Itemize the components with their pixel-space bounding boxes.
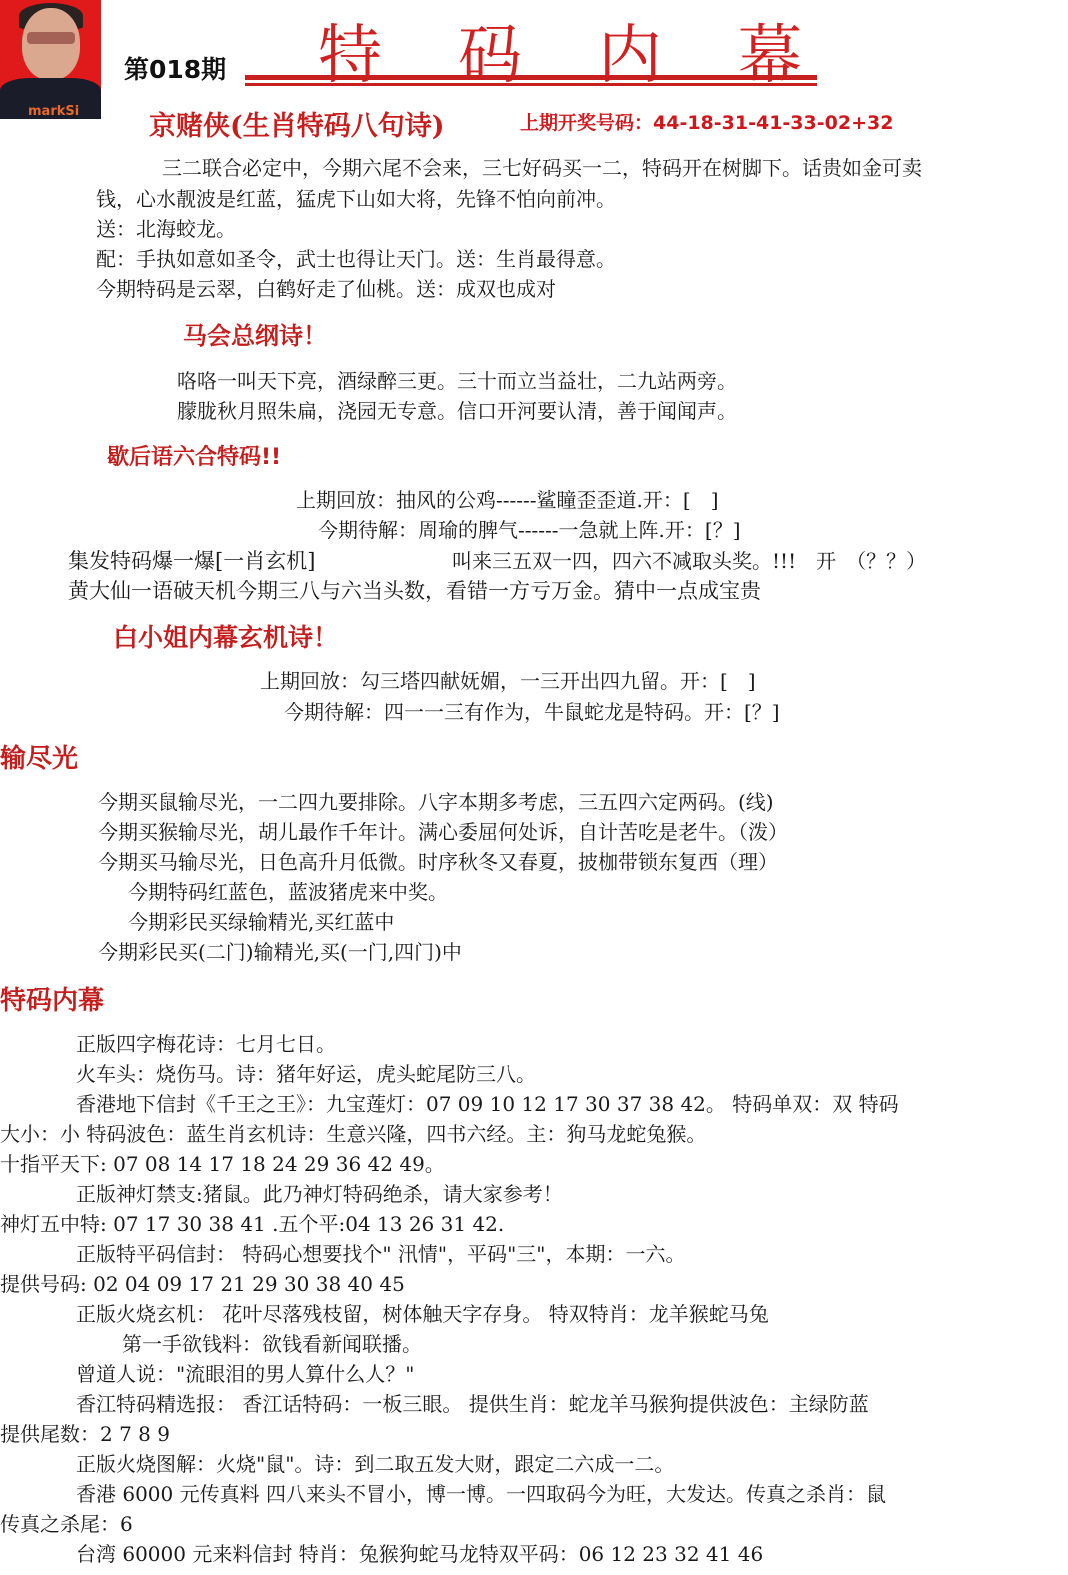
avatar-glasses: [27, 32, 75, 44]
last-draw-numbers: 上期开奖号码：44-18-31-41-33-02+32: [520, 108, 893, 135]
shujinguang-line: 今期彩民买(二门)输精光,买(一门,四门)中: [98, 936, 462, 965]
title-underline-thin: [245, 83, 817, 86]
tema-line: 大小：小 特码波色：蓝生肖玄机诗：生意兴隆，四书六经。主：狗马龙蛇兔猴。: [0, 1118, 706, 1147]
tema-line: 传真之杀尾：6: [0, 1508, 133, 1537]
poem-line: 朦胧秋月照朱扁，浇园无专意。信口开河要认清，善于闻闻声。: [177, 395, 737, 424]
tema-line: 正版四字梅花诗：七月七日。: [76, 1028, 336, 1057]
shujinguang-line: 今期彩民买绿输精光,买红蓝中: [128, 906, 394, 935]
last-review-line: 上期回放：抽风的公鸡------鲨瞳歪歪道.开：[ ]: [296, 484, 719, 513]
issue-number: 第018期: [124, 50, 226, 86]
tema-line: 正版特平码信封： 特码心想要找个" 汛情"，平码"三"，本期：一六。: [76, 1238, 686, 1267]
tema-line: 正版火烧玄机： 花叶尽落残枝留，树体触天字存身。 特双特肖：龙羊猴蛇马兔: [76, 1298, 769, 1327]
this-issue-line: 今期待解：周瑜的脾气------一急就上阵.开：[？]: [318, 514, 741, 543]
poem-line: 配：手执如意如圣令，武士也得让天门。送：生肖最得意。: [96, 243, 616, 272]
shujinguang-line: 今期特码红蓝色，蓝波猪虎来中奖。: [128, 876, 448, 905]
poem-line: 三二联合必定中，今期六尾不会来，三七好码买一二，特码开在树脚下。话贵如金可卖: [162, 152, 922, 181]
shujinguang-line: 今期买猴输尽光，胡儿最作千年计。满心委屈何处诉，自计苦吃是老牛。（泼）: [98, 816, 788, 845]
tema-line: 提供尾数：2 7 8 9: [0, 1418, 170, 1447]
jifa-label: 集发特码爆一爆[一肖玄机]: [68, 545, 315, 575]
last-review-line: 上期回放：勾三塔四献妩媚，一三开出四九留。开：[ ]: [260, 665, 756, 694]
avatar: markSi: [0, 0, 101, 119]
this-issue-line: 今期待解：四一一三有作为，牛鼠蛇龙是特码。开：[？]: [284, 696, 780, 725]
tema-line: 台湾 60000 元来料信封 特肖：兔猴狗蛇马龙特双平码：06 12 23 32…: [76, 1538, 763, 1567]
avatar-brand: markSi: [28, 104, 79, 119]
poem-line: 钱，心水靓波是红蓝，猛虎下山如大将，先锋不怕向前冲。: [96, 183, 616, 212]
tema-line: 香江特码精选报： 香江话特码：一板三眼。 提供生肖：蛇龙羊马猴狗提供波色：主绿防…: [76, 1388, 869, 1417]
tema-line: 十指平天下: 07 08 14 17 18 24 29 36 42 49。: [0, 1148, 445, 1177]
section-heading-shujinguang: 输尽光: [0, 738, 78, 775]
tema-line: 火车头：烧伤马。诗：猪年好运，虎头蛇尾防三八。: [76, 1058, 536, 1087]
tema-line: 正版神灯禁支:猪鼠。此乃神灯特码绝杀，请大家参考！: [76, 1178, 563, 1207]
shujinguang-line: 今期买鼠输尽光，一二四九要排除。八字本期多考虑，三五四六定两码。(线): [98, 786, 774, 815]
section-heading-xiehouyu: 歇后语六合特码!!: [107, 440, 281, 471]
section-heading-jingduxia: 京赌侠(生肖特码八句诗): [149, 104, 445, 143]
jifa-text: 叫来三五双一四，四六不减取头奖。!!! 开 （？？）: [452, 545, 926, 574]
tema-line: 提供号码: 02 04 09 17 21 29 30 38 40 45: [0, 1268, 405, 1297]
title-underline: [245, 75, 817, 80]
tema-line: 正版火烧图解：火烧"鼠"。诗：到二取五发大财，跟定二六成一二。: [76, 1448, 674, 1477]
avatar-face: [22, 8, 80, 80]
section-heading-horse-poem: 马会总纲诗！: [183, 316, 327, 351]
tema-line: 香港 6000 元传真料 四八来头不冒小，博一博。一四取码今为旺，大发达。传真之…: [76, 1478, 886, 1507]
poem-line: 送：北海蛟龙。: [96, 213, 236, 242]
tema-line: 曾道人说："流眼泪的男人算什么人？": [76, 1358, 414, 1387]
tema-line: 第一手欲钱料：欲钱看新闻联播。: [122, 1328, 422, 1357]
poem-line: 咯咯一叫天下亮，酒绿醉三更。三十而立当益壮，二九站两旁。: [177, 365, 737, 394]
tema-line: 神灯五中特: 07 17 30 38 41 .五个平:04 13 26 31 4…: [0, 1208, 504, 1237]
section-heading-tema-neimu: 特码内幕: [0, 980, 104, 1017]
section-heading-bai: 白小姐内幕玄机诗！: [113, 618, 338, 654]
huang-daxian-line: 黄大仙一语破天机今期三八与六当头数，看错一方亏万金。猜中一点成宝贵: [68, 575, 761, 605]
tema-line: 香港地下信封《千王之王》：九宝莲灯：07 09 10 12 17 30 37 3…: [76, 1088, 899, 1117]
shujinguang-line: 今期买马输尽光，日色高升月低微。时序秋冬又春夏，披枷带锁东复西（理）: [98, 846, 778, 875]
poem-line: 今期特码是云翠，白鹤好走了仙桃。送：成双也成对: [96, 273, 556, 302]
